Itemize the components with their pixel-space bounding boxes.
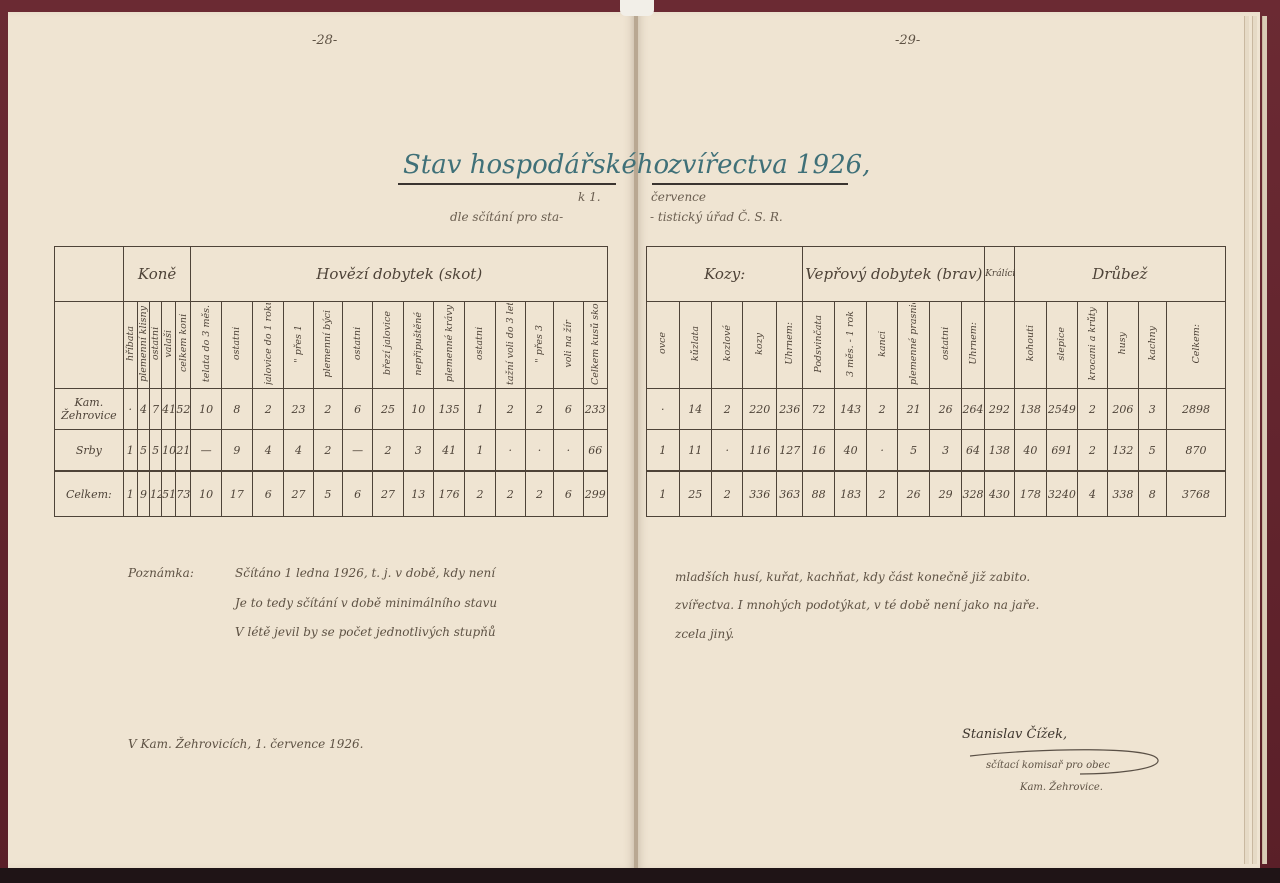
cell: 23 (284, 389, 313, 430)
column-header: březí jalovice (373, 302, 403, 389)
cell: 6 (554, 471, 583, 517)
cell: 143 (834, 389, 867, 430)
cell: 236 (777, 389, 803, 430)
cell: 21 (897, 389, 930, 430)
title-underline (398, 183, 616, 185)
cell: 430 (985, 471, 1014, 517)
column-header: plemenní klisny (137, 302, 149, 389)
row-label: Celkem: (55, 471, 124, 517)
cell: 116 (743, 430, 777, 472)
cell: 4 (253, 430, 284, 472)
column-header: celkem koní (176, 302, 191, 389)
cell: 13 (403, 471, 433, 517)
page-number-left: -28- (312, 33, 337, 48)
page-edge (1252, 16, 1257, 864)
cell: 2 (1077, 430, 1107, 472)
column-header: ostatní (221, 302, 252, 389)
column-header (985, 302, 1014, 389)
cell: 10 (162, 430, 176, 472)
column-header: ostatní (150, 302, 162, 389)
column-header: ostatní (465, 302, 495, 389)
cell: 72 (803, 389, 834, 430)
cell: 17 (221, 471, 252, 517)
cell: 9 (221, 430, 252, 472)
cell: · (123, 389, 137, 430)
note-line: Sčítáno 1 ledna 1926, t. j. v době, kdy … (235, 566, 495, 580)
cell: 1 (647, 471, 680, 517)
cell: 2 (712, 471, 743, 517)
cell: 64 (961, 430, 984, 472)
cell: 3240 (1047, 471, 1077, 517)
cell: 11 (679, 430, 712, 472)
column-header: " přes 3 (525, 302, 553, 389)
cell: 328 (961, 471, 984, 517)
cell: 264 (961, 389, 984, 430)
cell: 183 (834, 471, 867, 517)
cell: 2 (253, 389, 284, 430)
table-row-total: Celkem: 1 9 12 51 73 10 17 6 27 5 6 27 1… (55, 471, 608, 517)
column-header: Podsvinčata (803, 302, 834, 389)
cell: 870 (1167, 430, 1226, 472)
column-header: krocani a krůty (1077, 302, 1107, 389)
cell: 299 (583, 471, 607, 517)
note-line: zvířectva. I mnohých podotýkat, v té dob… (675, 598, 1039, 612)
note-line: mladších husí, kuřat, kachňat, kdy část … (675, 570, 1030, 584)
cell: 138 (1014, 389, 1047, 430)
table-row-total: 1 25 2 336 363 88 183 2 26 29 328 430 17… (647, 471, 1226, 517)
cell: 2 (313, 430, 342, 472)
signature-place: Kam. Žehrovice. (1020, 782, 1103, 793)
cell: 52 (176, 389, 191, 430)
cell: 14 (679, 389, 712, 430)
column-header: " přes 1 (284, 302, 313, 389)
cell: 5 (897, 430, 930, 472)
group-header-cattle: Hovězí dobytek (skot) (191, 247, 608, 302)
column-header: kanci (867, 302, 897, 389)
cell: 8 (221, 389, 252, 430)
cell: — (191, 430, 221, 472)
group-header-pigs: Vepřový dobytek (brav) (803, 247, 985, 302)
subtitle-k: k 1. (578, 190, 601, 204)
cell: 10 (191, 389, 221, 430)
cell: 8 (1138, 471, 1166, 517)
cell: 6 (343, 389, 373, 430)
column-header: nepřipuštěné (403, 302, 433, 389)
cell: 2 (495, 471, 525, 517)
cell: 127 (777, 430, 803, 472)
cell: 2 (495, 389, 525, 430)
cell: 27 (373, 471, 403, 517)
note-line: Je to tedy sčítání v době minimálního st… (235, 596, 497, 610)
table-row: Srby 1 5 5 10 21 — 9 4 4 2 — 2 3 41 1 · … (55, 430, 608, 472)
cell: 10 (191, 471, 221, 517)
column-header: valaši (162, 302, 176, 389)
cell: 29 (930, 471, 961, 517)
cell: 1 (465, 389, 495, 430)
cell: 26 (897, 471, 930, 517)
cell: 3 (1138, 389, 1166, 430)
note-label: Poznámka: (128, 566, 194, 580)
cell: 41 (433, 430, 464, 472)
cell: 336 (743, 471, 777, 517)
cell: 7 (150, 389, 162, 430)
cell: 5 (137, 430, 149, 472)
column-header: kozy (743, 302, 777, 389)
cell: 4 (1077, 471, 1107, 517)
cell: 6 (253, 471, 284, 517)
cell: 1 (123, 430, 137, 472)
cell: 1 (647, 430, 680, 472)
cell: · (867, 430, 897, 472)
column-header: 3 měs. - 1 rok (834, 302, 867, 389)
column-header: hříbata (123, 302, 137, 389)
cell: · (712, 430, 743, 472)
table-row: Kam. Žehrovice · 4 7 41 52 10 8 2 23 2 6… (55, 389, 608, 430)
cell: 2 (525, 471, 553, 517)
cell: 3 (403, 430, 433, 472)
background-surface (0, 868, 1280, 883)
group-header-horses: Koně (123, 247, 191, 302)
cell: 176 (433, 471, 464, 517)
cell: · (495, 430, 525, 472)
cell: 40 (1014, 430, 1047, 472)
row-label: Srby (55, 430, 124, 472)
title-left-part: Stav hospodářského (403, 150, 669, 180)
cell: · (554, 430, 583, 472)
subtitle-month: července (651, 190, 706, 204)
cell: 66 (583, 430, 607, 472)
cell: 41 (162, 389, 176, 430)
cell: 1 (123, 471, 137, 517)
group-header-poultry: Drůbež (1014, 247, 1225, 302)
table-row: 1 11 · 116 127 16 40 · 5 3 64 138 40 691… (647, 430, 1226, 472)
group-header-goats: Kozy: (647, 247, 803, 302)
cell: 132 (1108, 430, 1138, 472)
title-underline (652, 183, 848, 185)
group-header-rabbits: Králíci (985, 247, 1014, 302)
page-edge (1262, 16, 1267, 864)
cell: 5 (150, 430, 162, 472)
cell: 2 (373, 430, 403, 472)
column-header: kohouti (1014, 302, 1047, 389)
cell: 12 (150, 471, 162, 517)
cell: 4 (137, 389, 149, 430)
table-corner (55, 247, 124, 302)
cell: 9 (137, 471, 149, 517)
column-header: plemenné prasnice (897, 302, 930, 389)
cell: 338 (1108, 471, 1138, 517)
column-header: telata do 3 měs. (191, 302, 221, 389)
cell: 1 (465, 430, 495, 472)
cell: 5 (1138, 430, 1166, 472)
cell: — (343, 430, 373, 472)
title-right-part: zvířectva 1926, (668, 150, 870, 180)
cell: 691 (1047, 430, 1077, 472)
cell: 16 (803, 430, 834, 472)
cell: 2549 (1047, 389, 1077, 430)
cell: 2 (465, 471, 495, 517)
book-spine (634, 10, 638, 868)
cell: 135 (433, 389, 464, 430)
cell: 138 (985, 430, 1014, 472)
column-header: Úhrnem: (777, 302, 803, 389)
cell: 10 (403, 389, 433, 430)
column-header: ovce (647, 302, 680, 389)
cell: 363 (777, 471, 803, 517)
cell: 27 (284, 471, 313, 517)
note-line: V létě jevil by se počet jednotlivých st… (235, 625, 496, 639)
cell: 25 (679, 471, 712, 517)
column-header: plemenné krávy (433, 302, 464, 389)
cell: 4 (284, 430, 313, 472)
column-header: ostatní (930, 302, 961, 389)
column-header: jalovice do 1 roku (253, 302, 284, 389)
note-line: zcela jiný. (675, 627, 734, 641)
cell: 40 (834, 430, 867, 472)
cell: 5 (313, 471, 342, 517)
cell: · (647, 389, 680, 430)
cell: 25 (373, 389, 403, 430)
column-header: voli na žír (554, 302, 583, 389)
cell: 2 (313, 389, 342, 430)
column-header: Úhrnem: (961, 302, 984, 389)
cell: 220 (743, 389, 777, 430)
column-header: Celkem: (1167, 302, 1226, 389)
cell: · (525, 430, 553, 472)
column-header: husy (1108, 302, 1138, 389)
cell: 2 (712, 389, 743, 430)
column-header: Celkem kusů skotu (583, 302, 607, 389)
cell: 51 (162, 471, 176, 517)
cell: 88 (803, 471, 834, 517)
column-header: kachny (1138, 302, 1166, 389)
livestock-table-right: Kozy: Vepřový dobytek (brav) Králíci Drů… (646, 246, 1226, 517)
cell: 2 (1077, 389, 1107, 430)
column-header: kůzlata (679, 302, 712, 389)
row-label: Kam. Žehrovice (55, 389, 124, 430)
cell: 2898 (1167, 389, 1226, 430)
table-row: · 14 2 220 236 72 143 2 21 26 264 292 13… (647, 389, 1226, 430)
cell: 6 (554, 389, 583, 430)
page-number-right: -29- (895, 33, 920, 48)
cell: 2 (525, 389, 553, 430)
cell: 26 (930, 389, 961, 430)
cell: 292 (985, 389, 1014, 430)
cell: 6 (343, 471, 373, 517)
page-edge (1244, 16, 1249, 864)
place-date: V Kam. Žehrovicích, 1. července 1926. (128, 737, 363, 751)
cell: 21 (176, 430, 191, 472)
cell: 3768 (1167, 471, 1226, 517)
cell: 3 (930, 430, 961, 472)
column-header-empty (55, 302, 124, 389)
column-header: tažní voli do 3 let (495, 302, 525, 389)
bookmark-ribbon (620, 0, 654, 16)
subtitle-line-left: dle sčítání pro sta- (450, 210, 563, 224)
cell: 2 (867, 471, 897, 517)
column-header: slepice (1047, 302, 1077, 389)
livestock-table-left: Koně Hovězí dobytek (skot) hříbata pleme… (54, 246, 608, 517)
cell: 233 (583, 389, 607, 430)
signature-role: sčítací komisař pro obec (986, 760, 1110, 771)
cell: 206 (1108, 389, 1138, 430)
column-header: ostatní (343, 302, 373, 389)
subtitle-line-right: - tistický úřad Č. S. R. (650, 210, 783, 224)
cell: 178 (1014, 471, 1047, 517)
column-header: plemenní býci (313, 302, 342, 389)
cell: 73 (176, 471, 191, 517)
column-header: kozlové (712, 302, 743, 389)
cell: 2 (867, 389, 897, 430)
